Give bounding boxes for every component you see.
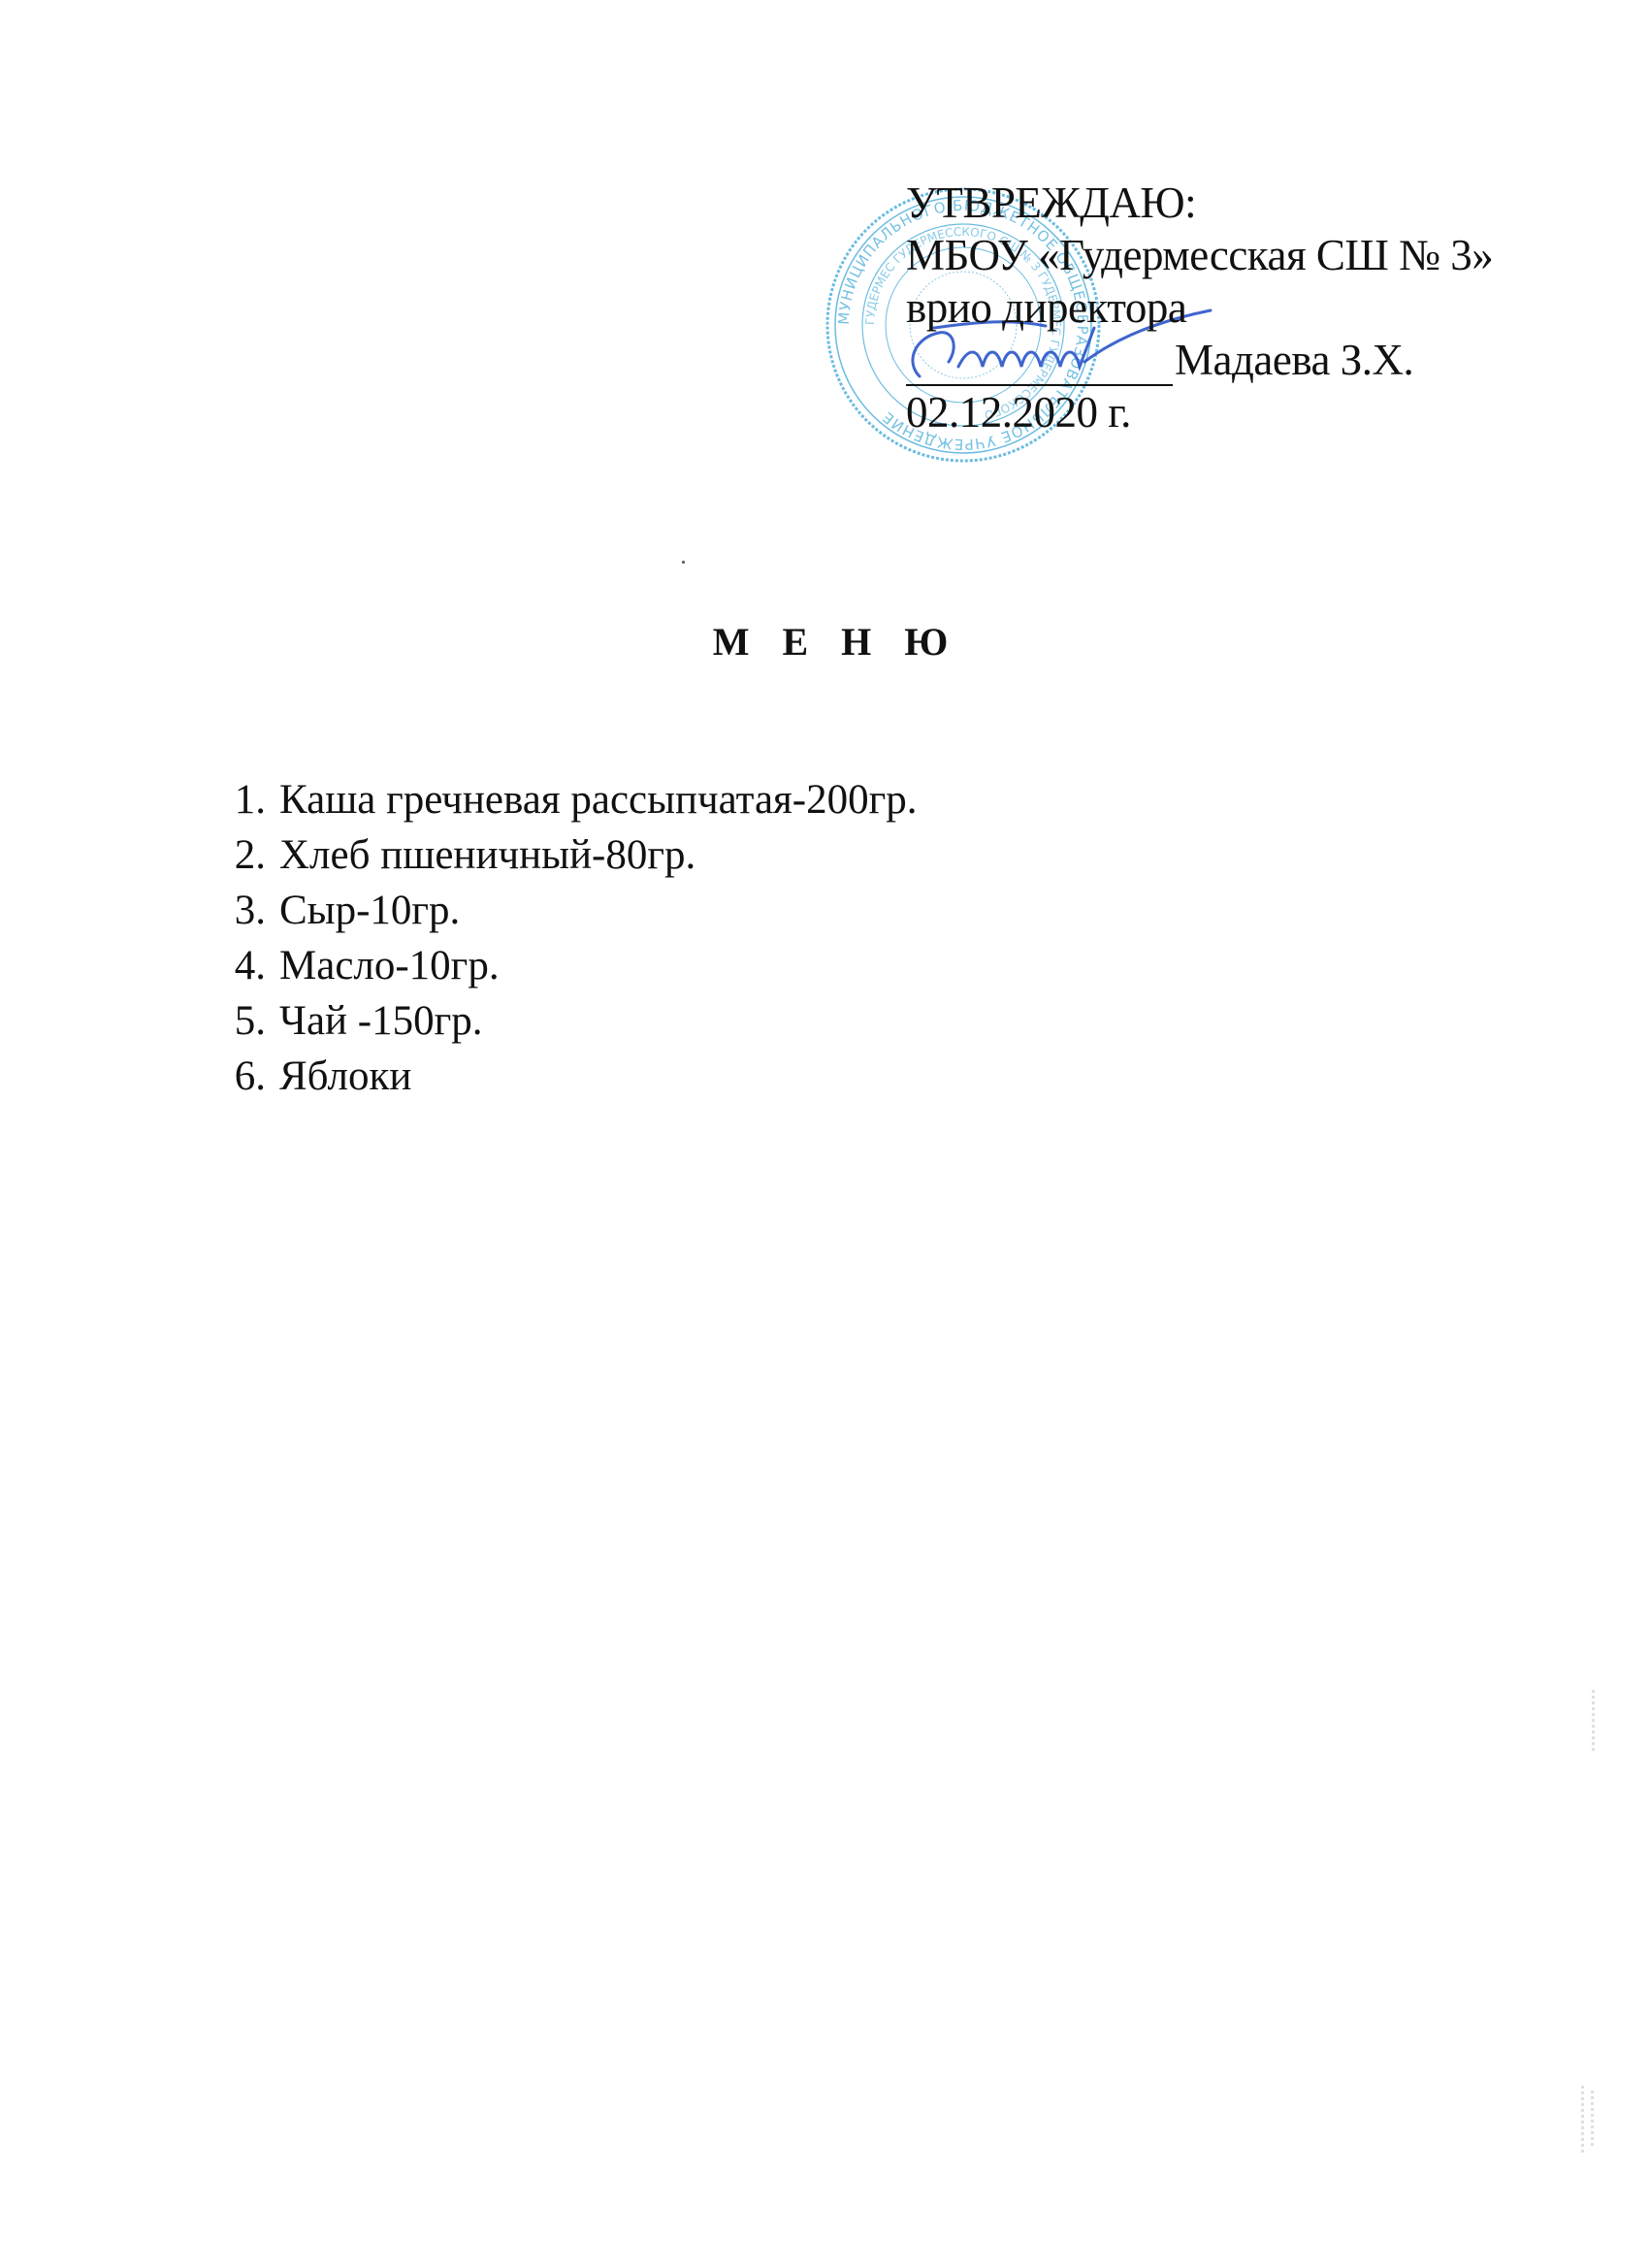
position-title: врио директора [906,281,1493,334]
menu-item-text: Хлеб пшеничный-80гр. [279,832,695,878]
menu-item-text: Сыр-10гр. [279,888,460,933]
approval-date: 02.12.2020 г. [906,386,1493,438]
scan-artifact [1591,2090,1594,2149]
menu-item-text: Каша гречневая рассыпчатая-200гр. [279,777,918,823]
list-item: 4.Масло-10гр. [215,938,918,993]
list-item: 6.Яблоки [215,1049,918,1104]
page-title: М Е Н Ю [0,619,1649,664]
scan-artifact [1581,2086,1584,2154]
scan-artifact [1592,1690,1595,1753]
list-item: 1.Каша гречневая рассыпчатая-200гр. [215,772,918,827]
approval-heading: УТВРЕЖДАЮ: [906,177,1493,229]
organization-name: МБОУ «Гудермесская СШ № 3» [906,229,1493,281]
list-item: 5.Чай -150гр. [215,993,918,1049]
scan-dot [682,561,685,564]
signatory-line: Мадаева З.Х. [906,334,1493,386]
list-item: 3.Сыр-10гр. [215,883,918,938]
signature-line [906,345,1173,386]
signatory-name: Мадаева З.Х. [1175,336,1413,384]
document-page: МУНИЦИПАЛЬНОГО БЮДЖЕТНОЕ ОБЩЕОБРАЗОВАТЕЛ… [0,0,1649,2268]
approval-block: УТВРЕЖДАЮ: МБОУ «Гудермесская СШ № 3» вр… [906,177,1493,438]
list-item: 2.Хлеб пшеничный-80гр. [215,827,918,883]
menu-item-text: Яблоки [279,1053,411,1099]
menu-item-text: Масло-10гр. [279,943,500,988]
menu-list: 1.Каша гречневая рассыпчатая-200гр. 2.Хл… [215,772,918,1104]
menu-item-text: Чай -150гр. [279,998,483,1044]
